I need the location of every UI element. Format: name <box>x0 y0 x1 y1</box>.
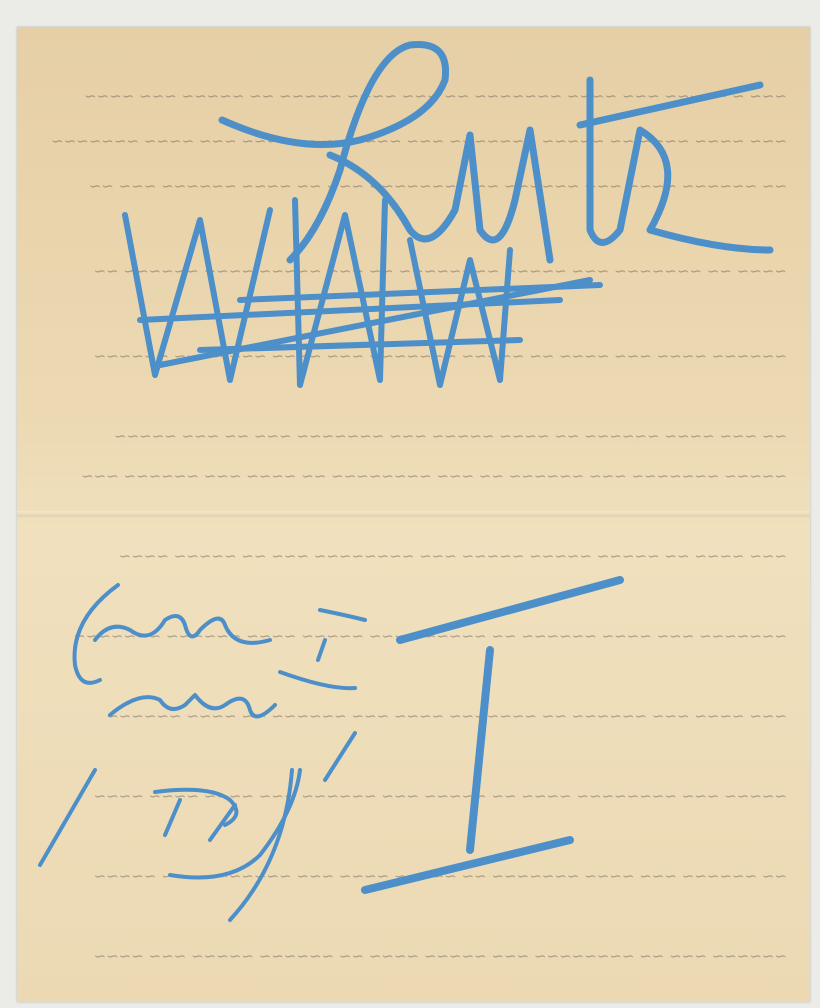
numeral-I <box>365 580 620 890</box>
struck-word <box>125 200 600 385</box>
see-case-note <box>40 585 365 920</box>
crayon-annotations <box>0 0 820 1008</box>
cuts-word <box>222 44 770 260</box>
